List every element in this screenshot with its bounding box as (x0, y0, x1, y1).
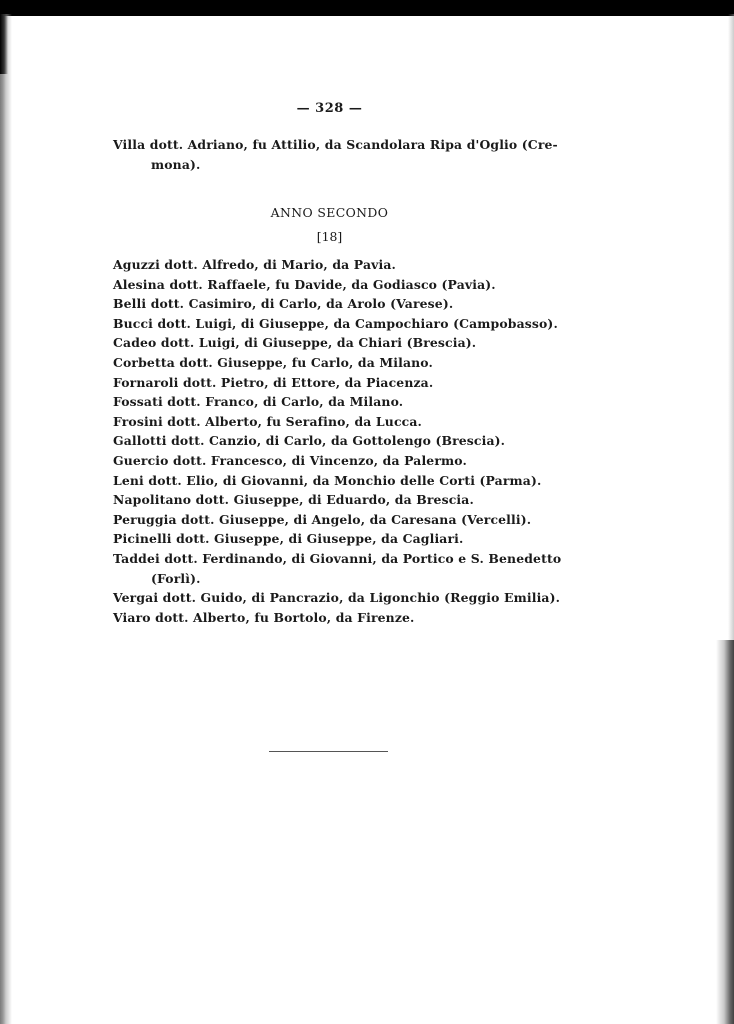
scan-left-edge-dark (0, 14, 8, 74)
list-item: Leni dott. Elio, di Giovanni, da Monchio… (113, 473, 541, 488)
list-item-continuation: (Forlì). (151, 571, 201, 586)
list-item: Vergai dott. Guido, di Pancrazio, da Lig… (113, 590, 560, 605)
scan-left-edge-shadow (0, 14, 12, 1024)
list-item: Taddei dott. Ferdinando, di Giovanni, da… (113, 551, 561, 566)
scan-right-edge-light (728, 14, 734, 640)
list-item: Napolitano dott. Giuseppe, di Eduardo, d… (113, 492, 474, 507)
list-item: Bucci dott. Luigi, di Giuseppe, da Campo… (113, 316, 558, 331)
list-item: Fornaroli dott. Pietro, di Ettore, da Pi… (113, 375, 433, 390)
carryover-entry-line1: Villa dott. Adriano, fu Attilio, da Scan… (113, 137, 558, 152)
list-item: Gallotti dott. Canzio, di Carlo, da Gott… (113, 433, 505, 448)
scan-right-edge-shadow (716, 640, 734, 1024)
list-item: Viaro dott. Alberto, fu Bortolo, da Fire… (113, 610, 415, 625)
list-item: Peruggia dott. Giuseppe, di Angelo, da C… (113, 512, 531, 527)
list-item: Alesina dott. Raffaele, fu Davide, da Go… (113, 277, 496, 292)
list-item: Corbetta dott. Giuseppe, fu Carlo, da Mi… (113, 355, 433, 370)
list-item: Frosini dott. Alberto, fu Serafino, da L… (113, 414, 422, 429)
list-item: Guercio dott. Francesco, di Vincenzo, da… (113, 453, 467, 468)
page-number: — 328 — (0, 101, 659, 116)
list-item: Aguzzi dott. Alfredo, di Mario, da Pavia… (113, 257, 396, 272)
list-item: Fossati dott. Franco, di Carlo, da Milan… (113, 394, 403, 409)
section-title: ANNO SECONDO (0, 205, 659, 220)
scan-top-border (0, 0, 734, 16)
list-item: Cadeo dott. Luigi, di Giuseppe, da Chiar… (113, 335, 476, 350)
carryover-entry-line2: mona). (151, 157, 201, 172)
end-rule-divider (269, 751, 388, 752)
list-item: Belli dott. Casimiro, di Carlo, da Arolo… (113, 296, 453, 311)
list-item: Picinelli dott. Giuseppe, di Giuseppe, d… (113, 531, 463, 546)
section-count: [18] (0, 229, 659, 244)
